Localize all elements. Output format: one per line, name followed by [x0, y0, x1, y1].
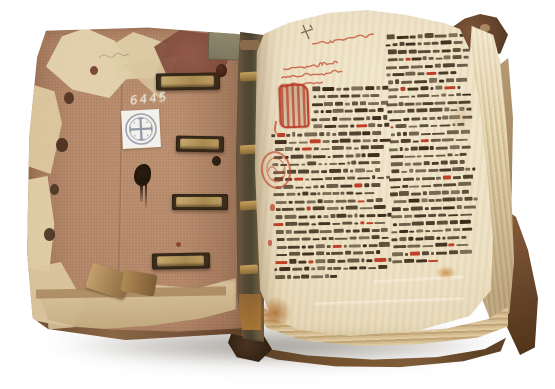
script-line	[277, 234, 393, 241]
collection-label	[121, 109, 161, 149]
stain-spot	[90, 66, 98, 75]
sewing-support	[240, 72, 258, 82]
script-line	[271, 130, 387, 137]
stain-spot	[50, 184, 59, 195]
endband	[240, 40, 260, 50]
script-line	[391, 211, 475, 219]
script-line	[389, 174, 473, 182]
gutter-rust-stain	[258, 296, 292, 330]
script-line	[274, 264, 390, 271]
parchment-wrinkle	[314, 297, 464, 306]
script-line	[391, 166, 475, 174]
leather-strap	[157, 255, 205, 266]
script-line	[392, 204, 476, 212]
leather-strap	[180, 139, 220, 150]
script-line	[391, 226, 475, 234]
script-line	[311, 115, 387, 121]
cross-in-circle-stamp-icon	[121, 109, 161, 149]
parchment-patch	[24, 82, 62, 174]
script-line	[276, 249, 392, 256]
script-line	[276, 227, 392, 234]
script-line	[391, 159, 475, 167]
script-line	[275, 137, 391, 144]
script-line	[386, 62, 470, 70]
script-line	[275, 212, 391, 219]
script-line	[393, 219, 477, 227]
page-stain	[448, 94, 474, 138]
script-line	[388, 84, 472, 92]
ink-drip	[145, 182, 147, 208]
script-line	[387, 32, 471, 40]
script-line	[273, 190, 389, 197]
script-line	[275, 257, 391, 264]
script-line	[386, 69, 470, 77]
ink-blot	[134, 164, 151, 186]
script-line	[277, 242, 393, 249]
sewing-support	[240, 265, 258, 275]
stain-spot	[64, 92, 74, 104]
front-board-pastedown: 6445	[26, 26, 248, 340]
script-line	[385, 39, 469, 47]
clasp-strap-slot	[176, 136, 224, 153]
photo-stage: 6445	[0, 0, 555, 389]
script-line	[390, 181, 474, 189]
clasp-strap-slot	[152, 252, 210, 269]
script-line	[313, 122, 389, 128]
script-line	[275, 145, 391, 152]
script-line	[393, 241, 477, 249]
script-line	[312, 85, 388, 91]
shelfmark-number: 6445	[129, 86, 200, 111]
clasp-rivet	[216, 64, 227, 77]
red-paraph-mark	[268, 240, 272, 246]
ink-drip	[140, 184, 143, 202]
script-line	[388, 76, 472, 84]
script-line	[393, 196, 477, 204]
text-column-left	[272, 85, 392, 295]
stain-spot	[176, 242, 181, 247]
text-column-right	[386, 32, 478, 275]
sewing-support	[240, 201, 258, 211]
script-line	[313, 92, 389, 98]
script-line	[388, 47, 472, 55]
script-line	[391, 151, 475, 159]
script-line	[276, 205, 392, 212]
script-line	[273, 220, 389, 227]
script-line	[392, 249, 476, 257]
clasp-strap-slot	[172, 194, 228, 210]
script-line	[312, 100, 388, 106]
script-line	[391, 234, 475, 242]
script-line	[390, 189, 474, 197]
script-line	[388, 54, 472, 62]
script-line	[389, 144, 473, 152]
script-line	[392, 256, 476, 264]
stain-spot	[56, 138, 68, 152]
red-marginal-ornament	[254, 145, 297, 195]
script-line	[276, 197, 392, 204]
script-line	[314, 107, 390, 113]
leather-strap	[176, 197, 222, 207]
worm-hole	[212, 156, 221, 166]
script-line	[275, 272, 391, 279]
red-paraph-mark	[270, 204, 275, 211]
red-marginal-inscription	[309, 25, 376, 47]
pencil-scribble	[98, 50, 130, 62]
stain-spot	[44, 228, 55, 241]
leather-strap	[161, 76, 214, 87]
